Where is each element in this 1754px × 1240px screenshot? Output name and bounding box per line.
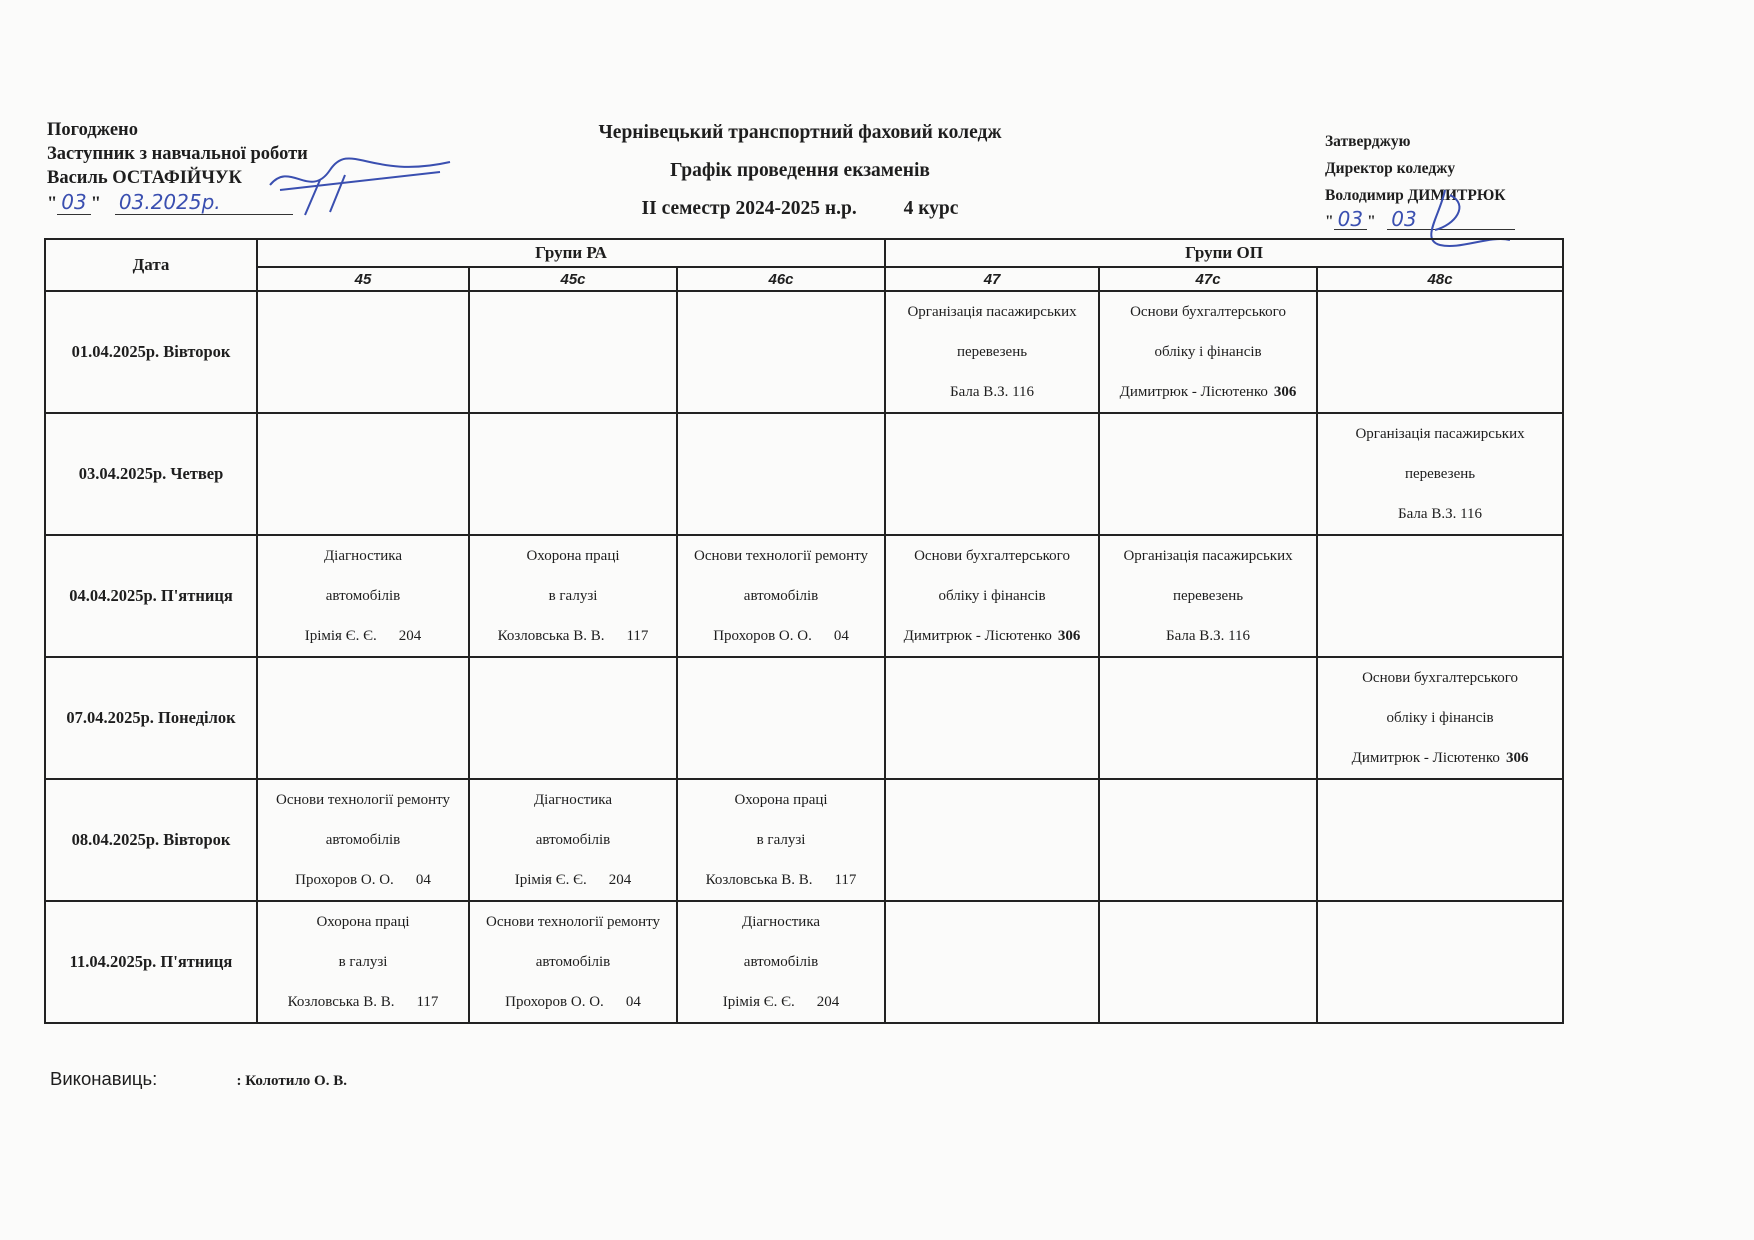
row-date: 03.04.2025р. Четвер bbox=[45, 413, 257, 535]
empty-cell bbox=[885, 657, 1099, 779]
exam-teacher: Прохоров О. О. bbox=[295, 872, 394, 888]
empty-cell bbox=[1099, 901, 1317, 1023]
exam-teacher: Бала В.З. 116 bbox=[1398, 506, 1482, 522]
empty-cell bbox=[1317, 291, 1563, 413]
exam-teacher-room: Ірімія Є. Є.204 bbox=[258, 616, 468, 656]
executor-name: : Колотило О. В. bbox=[236, 1073, 347, 1089]
exam-subject: Охорона праці bbox=[258, 902, 468, 942]
exam-subject-cont: автомобілів bbox=[678, 942, 884, 982]
group-code-header: 47 bbox=[885, 267, 1099, 291]
exam-teacher: Димитрюк - Лісютенко bbox=[904, 628, 1052, 644]
exam-subject-cont: в галузі bbox=[678, 820, 884, 860]
exam-subject-cont: обліку і фінансів bbox=[1100, 332, 1316, 372]
exam-teacher-room: Бала В.З. 116 bbox=[1318, 494, 1562, 534]
exam-teacher-room: Прохоров О. О.04 bbox=[258, 860, 468, 900]
exam-teacher: Прохоров О. О. bbox=[713, 628, 812, 644]
exam-room: 204 bbox=[817, 982, 840, 1022]
exam-cell: Основи бухгалтерськогообліку і фінансівД… bbox=[1317, 657, 1563, 779]
group-code-header: 46с bbox=[677, 267, 885, 291]
exam-subject: Основи технології ремонту bbox=[678, 536, 884, 576]
exam-room: 117 bbox=[834, 860, 856, 900]
document-title: Графік проведення екзаменів bbox=[480, 160, 1120, 198]
exam-subject-cont: автомобілів bbox=[678, 576, 884, 616]
group-ra-header: Групи РА bbox=[257, 239, 885, 267]
exam-subject: Діагностика bbox=[470, 780, 676, 820]
exam-subject-cont: обліку і фінансів bbox=[1318, 698, 1562, 738]
empty-cell bbox=[677, 291, 885, 413]
exam-room: 306 bbox=[1274, 372, 1297, 412]
date-column-header: Дата bbox=[45, 239, 257, 291]
empty-cell bbox=[677, 657, 885, 779]
exam-teacher: Ірімія Є. Є. bbox=[305, 628, 377, 644]
table-row: 08.04.2025р. ВівторокОснови технології р… bbox=[45, 779, 1563, 901]
row-date: 08.04.2025р. Вівторок bbox=[45, 779, 257, 901]
exam-teacher: Димитрюк - Лісютенко bbox=[1120, 384, 1268, 400]
footer: Виконавиць: : Колотило О. В. bbox=[50, 1068, 347, 1090]
executor-label: Виконавиць: bbox=[50, 1068, 157, 1089]
exam-teacher-room: Прохоров О. О.04 bbox=[678, 616, 884, 656]
exam-subject: Основи технології ремонту bbox=[258, 780, 468, 820]
exam-subject: Організація пасажирських bbox=[1100, 536, 1316, 576]
exam-teacher-room: Бала В.З. 116 bbox=[886, 372, 1098, 412]
exam-room: 306 bbox=[1506, 738, 1529, 778]
table-row: 01.04.2025р. ВівторокОрганізація пасажир… bbox=[45, 291, 1563, 413]
exam-room: 04 bbox=[416, 860, 431, 900]
semester-line: ІІ семестр 2024-2025 н.р. 4 курс bbox=[480, 198, 1120, 236]
row-date: 07.04.2025р. Понеділок bbox=[45, 657, 257, 779]
exam-subject-cont: обліку і фінансів bbox=[886, 576, 1098, 616]
empty-cell bbox=[1099, 779, 1317, 901]
exam-teacher: Бала В.З. 116 bbox=[1166, 628, 1250, 644]
course: 4 курс bbox=[904, 198, 959, 220]
table-row: 11.04.2025р. П'ятницяОхорона праців галу… bbox=[45, 901, 1563, 1023]
group-code-header: 45с bbox=[469, 267, 677, 291]
group-op-header: Групи ОП bbox=[885, 239, 1563, 267]
semester: ІІ семестр 2024-2025 н.р. bbox=[642, 198, 857, 220]
exam-subject-cont: перевезень bbox=[1318, 454, 1562, 494]
confirm-title: Затверджую bbox=[1325, 128, 1515, 155]
exam-cell: Охорона праців галузіКозловська В. В.117 bbox=[677, 779, 885, 901]
empty-cell bbox=[257, 291, 469, 413]
table-row: 07.04.2025р. ПонеділокОснови бухгалтерсь… bbox=[45, 657, 1563, 779]
group-code-header: 47с bbox=[1099, 267, 1317, 291]
exam-cell: Основи технології ремонтуавтомобілівПрох… bbox=[257, 779, 469, 901]
row-date: 04.04.2025р. П'ятниця bbox=[45, 535, 257, 657]
exam-cell: ДіагностикаавтомобілівІрімія Є. Є.204 bbox=[257, 535, 469, 657]
approval-title: Погоджено bbox=[47, 118, 308, 142]
exam-subject: Охорона праці bbox=[470, 536, 676, 576]
exam-subject: Діагностика bbox=[258, 536, 468, 576]
exam-teacher-room: Козловська В. В.117 bbox=[470, 616, 676, 656]
exam-room: 117 bbox=[416, 982, 438, 1022]
empty-cell bbox=[1099, 413, 1317, 535]
table-row: 04.04.2025р. П'ятницяДіагностикаавтомобі… bbox=[45, 535, 1563, 657]
exam-subject: Основи бухгалтерського bbox=[886, 536, 1098, 576]
table-row: 03.04.2025р. ЧетверОрганізація пасажирсь… bbox=[45, 413, 1563, 535]
exam-subject: Організація пасажирських bbox=[1318, 414, 1562, 454]
document-header: Чернівецький транспортний фаховий коледж… bbox=[480, 122, 1120, 236]
exam-cell: Основи технології ремонтуавтомобілівПрох… bbox=[469, 901, 677, 1023]
exam-teacher-room: Ірімія Є. Є.204 bbox=[470, 860, 676, 900]
exam-subject-cont: в галузі bbox=[470, 576, 676, 616]
empty-cell bbox=[677, 413, 885, 535]
exam-teacher: Козловська В. В. bbox=[706, 872, 813, 888]
exam-teacher: Ірімія Є. Є. bbox=[515, 872, 587, 888]
exam-room: 04 bbox=[626, 982, 641, 1022]
exam-cell: Основи бухгалтерськогообліку і фінансівД… bbox=[1099, 291, 1317, 413]
exam-teacher: Прохоров О. О. bbox=[505, 994, 604, 1010]
group-code-header: 48с bbox=[1317, 267, 1563, 291]
group-code-header: 45 bbox=[257, 267, 469, 291]
exam-subject-cont: автомобілів bbox=[470, 942, 676, 982]
exam-teacher-room: Димитрюк - Лісютенко306 bbox=[886, 616, 1098, 656]
exam-subject: Організація пасажирських bbox=[886, 292, 1098, 332]
exam-schedule-table: Дата Групи РА Групи ОП 4545с46с4747с48с … bbox=[44, 238, 1564, 1024]
group-header-row: Дата Групи РА Групи ОП bbox=[45, 239, 1563, 267]
group-code-row: 4545с46с4747с48с bbox=[45, 267, 1563, 291]
empty-cell bbox=[885, 779, 1099, 901]
exam-teacher-room: Димитрюк - Лісютенко306 bbox=[1100, 372, 1316, 412]
exam-subject: Діагностика bbox=[678, 902, 884, 942]
empty-cell bbox=[257, 657, 469, 779]
empty-cell bbox=[1317, 901, 1563, 1023]
empty-cell bbox=[469, 291, 677, 413]
exam-subject-cont: автомобілів bbox=[470, 820, 676, 860]
exam-teacher: Димитрюк - Лісютенко bbox=[1352, 750, 1500, 766]
exam-cell: Основи технології ремонтуавтомобілівПрох… bbox=[677, 535, 885, 657]
empty-cell bbox=[885, 901, 1099, 1023]
exam-cell: ДіагностикаавтомобілівІрімія Є. Є.204 bbox=[677, 901, 885, 1023]
exam-cell: ДіагностикаавтомобілівІрімія Є. Є.204 bbox=[469, 779, 677, 901]
exam-cell: Організація пасажирськихперевезеньБала В… bbox=[885, 291, 1099, 413]
exam-teacher-room: Козловська В. В.117 bbox=[678, 860, 884, 900]
exam-cell: Організація пасажирськихперевезеньБала В… bbox=[1317, 413, 1563, 535]
signature-deputy-icon bbox=[250, 150, 460, 220]
exam-teacher-room: Бала В.З. 116 bbox=[1100, 616, 1316, 656]
exam-cell: Охорона праців галузіКозловська В. В.117 bbox=[257, 901, 469, 1023]
exam-room: 306 bbox=[1058, 616, 1081, 656]
confirm-date-day: 03 bbox=[1334, 209, 1367, 230]
exam-room: 04 bbox=[834, 616, 849, 656]
exam-subject-cont: перевезень bbox=[1100, 576, 1316, 616]
exam-teacher-room: Ірімія Є. Є.204 bbox=[678, 982, 884, 1022]
exam-teacher-room: Димитрюк - Лісютенко306 bbox=[1318, 738, 1562, 778]
empty-cell bbox=[1317, 779, 1563, 901]
exam-subject-cont: перевезень bbox=[886, 332, 1098, 372]
exam-teacher: Козловська В. В. bbox=[288, 994, 395, 1010]
row-date: 11.04.2025р. П'ятниця bbox=[45, 901, 257, 1023]
exam-teacher: Ірімія Є. Є. bbox=[723, 994, 795, 1010]
exam-subject-cont: в галузі bbox=[258, 942, 468, 982]
empty-cell bbox=[257, 413, 469, 535]
confirm-position: Директор коледжу bbox=[1325, 155, 1515, 182]
empty-cell bbox=[469, 657, 677, 779]
exam-subject: Основи технології ремонту bbox=[470, 902, 676, 942]
empty-cell bbox=[1317, 535, 1563, 657]
exam-subject-cont: автомобілів bbox=[258, 576, 468, 616]
exam-room: 117 bbox=[626, 616, 648, 656]
exam-teacher: Бала В.З. 116 bbox=[950, 384, 1034, 400]
exam-subject: Основи бухгалтерського bbox=[1100, 292, 1316, 332]
exam-cell: Охорона праців галузіКозловська В. В.117 bbox=[469, 535, 677, 657]
college-name: Чернівецький транспортний фаховий коледж bbox=[480, 122, 1120, 160]
exam-teacher-room: Козловська В. В.117 bbox=[258, 982, 468, 1022]
exam-subject-cont: автомобілів bbox=[258, 820, 468, 860]
exam-teacher: Козловська В. В. bbox=[498, 628, 605, 644]
exam-subject: Основи бухгалтерського bbox=[1318, 658, 1562, 698]
empty-cell bbox=[1099, 657, 1317, 779]
exam-room: 204 bbox=[609, 860, 632, 900]
row-date: 01.04.2025р. Вівторок bbox=[45, 291, 257, 413]
exam-teacher-room: Прохоров О. О.04 bbox=[470, 982, 676, 1022]
approval-date-day: 03 bbox=[57, 190, 90, 215]
exam-room: 204 bbox=[399, 616, 422, 656]
exam-cell: Основи бухгалтерськогообліку і фінансівД… bbox=[885, 535, 1099, 657]
empty-cell bbox=[885, 413, 1099, 535]
exam-subject: Охорона праці bbox=[678, 780, 884, 820]
empty-cell bbox=[469, 413, 677, 535]
exam-cell: Організація пасажирськихперевезеньБала В… bbox=[1099, 535, 1317, 657]
